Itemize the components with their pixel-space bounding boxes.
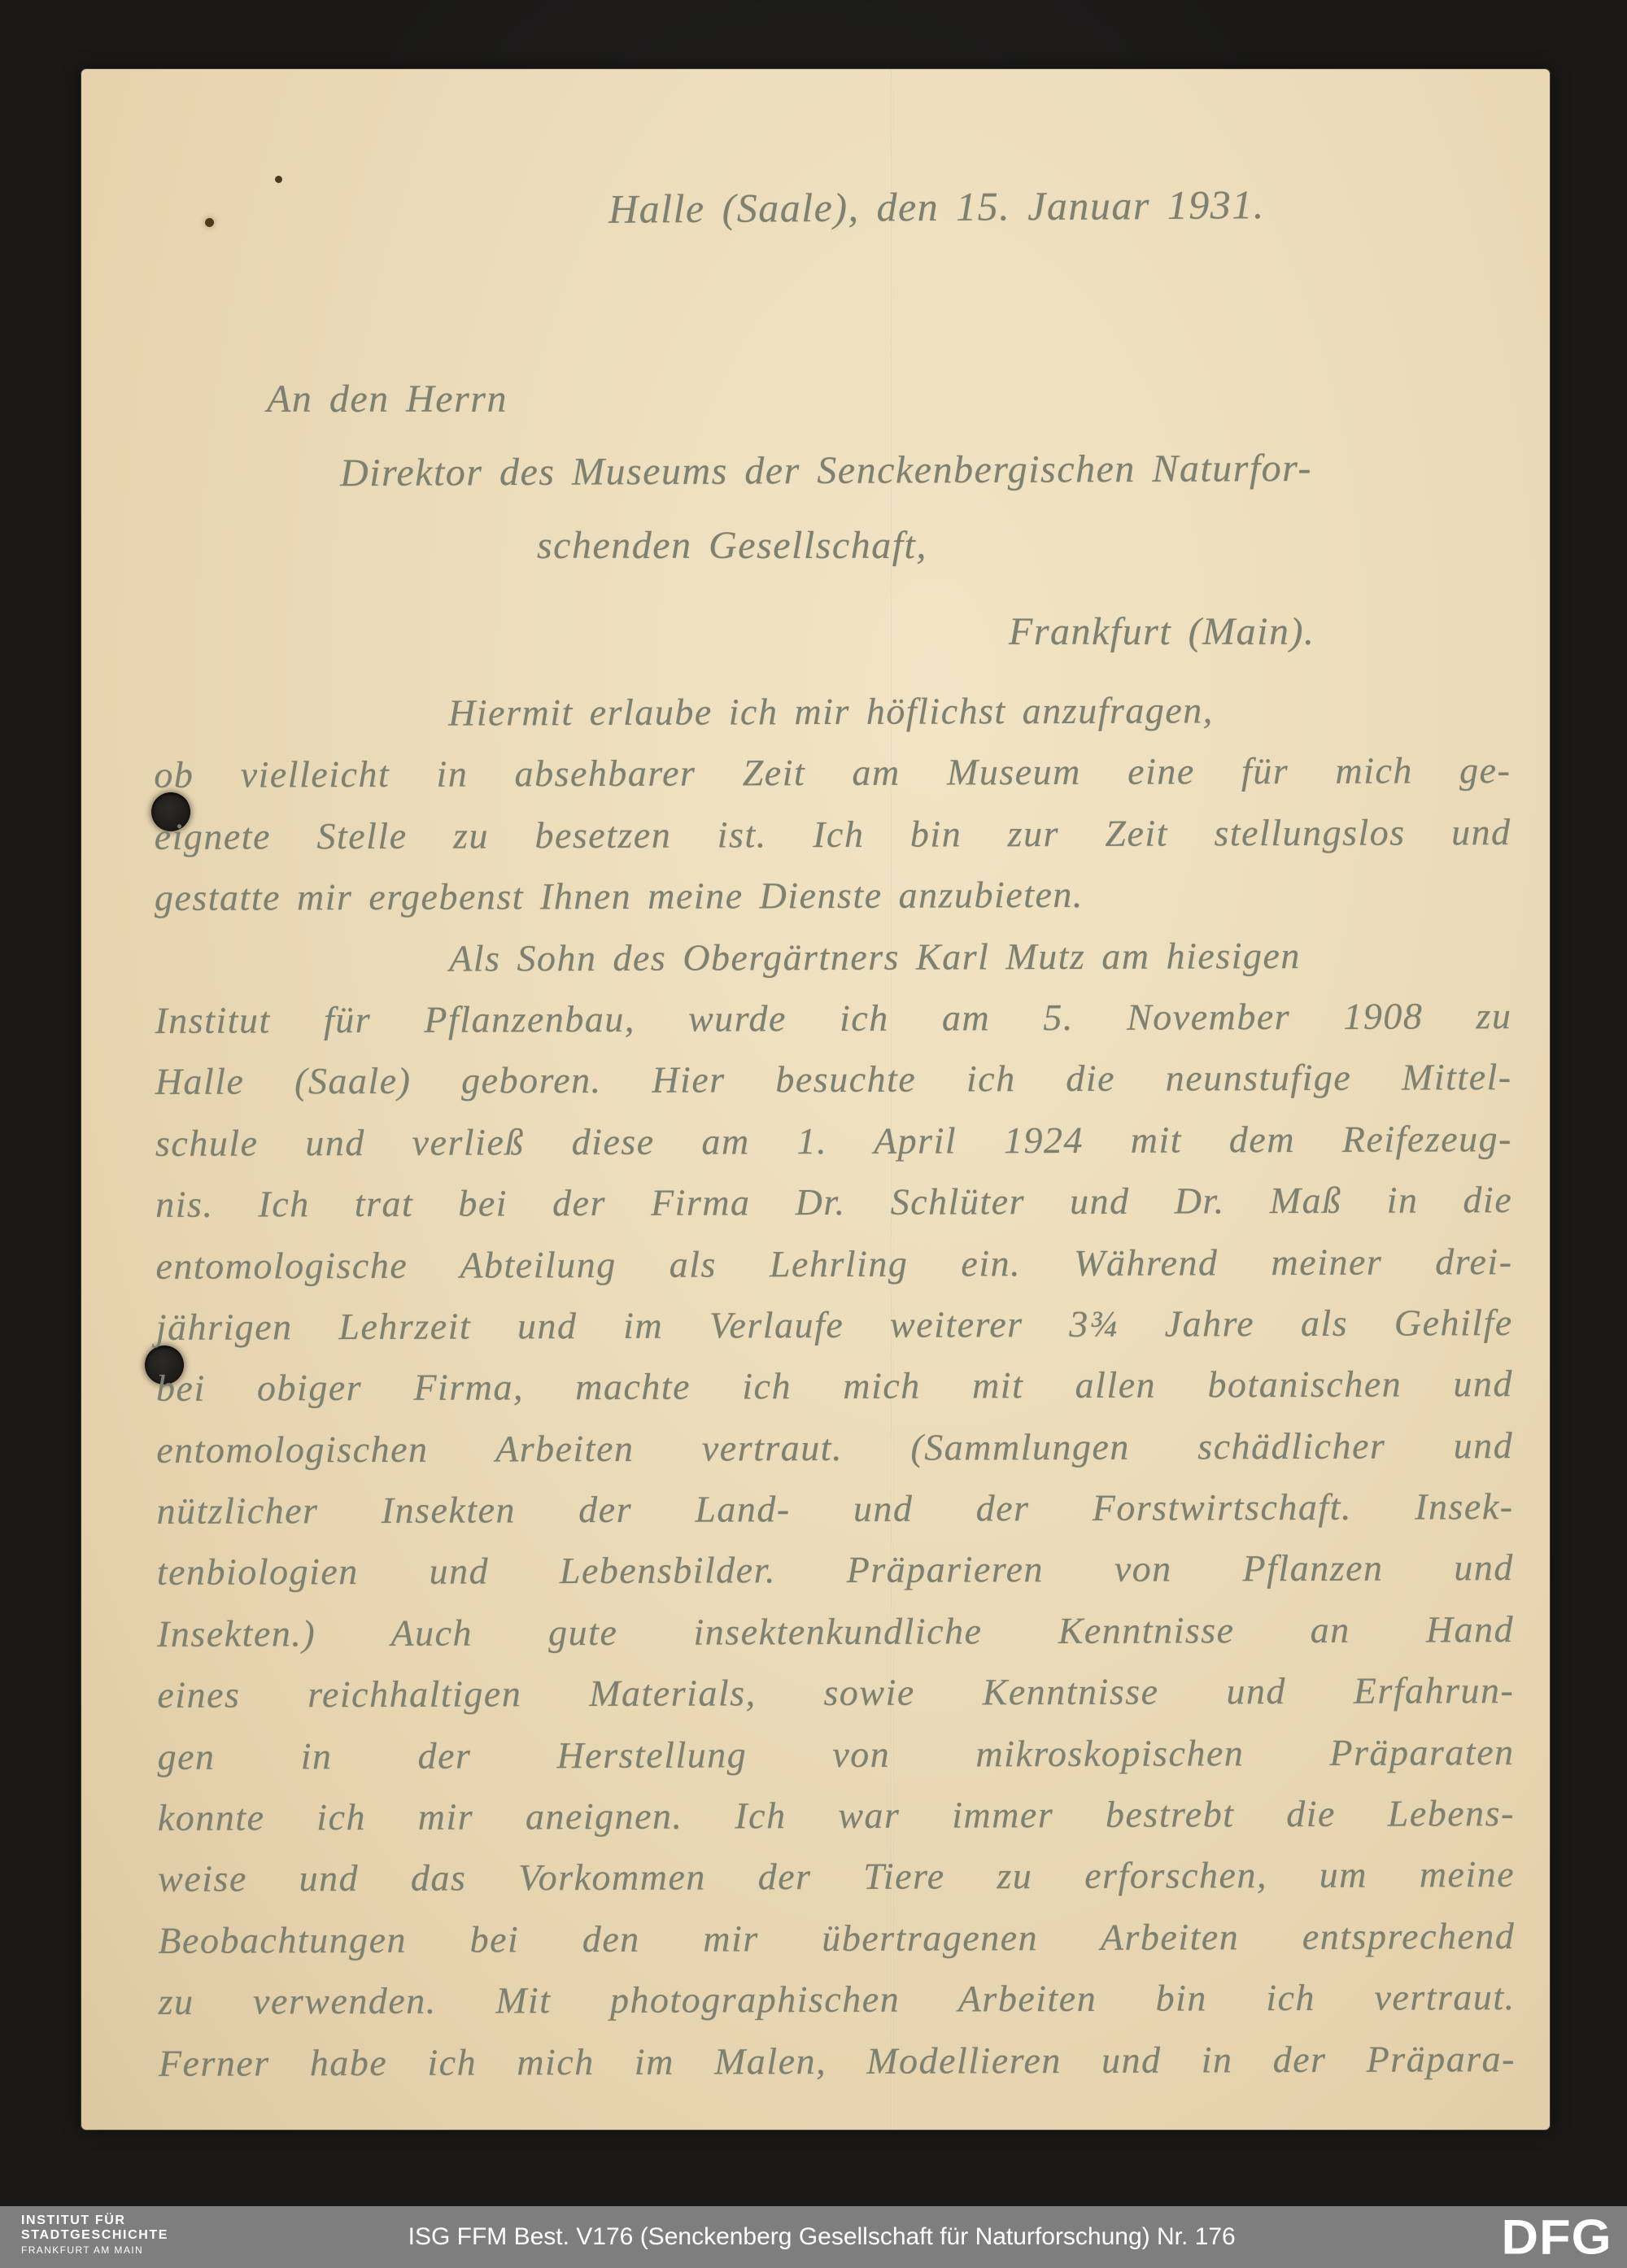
letter-dateline: Halle (Saale), den 15. Januar 1931.: [608, 181, 1265, 233]
handwritten-line: Institut für Pflanzenbau, wurde ich am 5…: [155, 985, 1511, 1051]
handwritten-line: entomologischen Arbeiten vertraut. (Samm…: [156, 1415, 1513, 1481]
handwritten-line: gestatte mir ergebenst Ihnen meine Diens…: [155, 862, 1511, 928]
address-line: schenden Gesellschaft,: [537, 523, 927, 568]
handwritten-line: Beobachtungen bei den mir übertragenen A…: [158, 1905, 1515, 1971]
ink-speck: [205, 218, 214, 227]
handwritten-line: nis. Ich trat bei der Firma Dr. Schlüter…: [155, 1169, 1512, 1235]
handwritten-line: konnte ich mir aneignen. Ich war immer b…: [158, 1782, 1515, 1848]
address-line: Direktor des Museums der Senckenbergisch…: [340, 446, 1312, 495]
letter-paragraph: Als Sohn des Obergärtners Karl Mutz am h…: [155, 924, 1516, 2094]
handwritten-line: bei obiger Firma, machte ich mich mit al…: [156, 1353, 1513, 1419]
footer-bar: INSTITUT FÜR STADTGESCHICHTE FRANKFURT A…: [0, 2206, 1627, 2268]
isg-logo-line: FRANKFURT AM MAIN: [21, 2244, 168, 2257]
address-line: Frankfurt (Main).: [1009, 609, 1315, 654]
handwritten-line: Als Sohn des Obergärtners Karl Mutz am h…: [155, 924, 1511, 990]
handwritten-line: jährigen Lehrzeit und im Verlaufe weiter…: [156, 1292, 1513, 1358]
isg-logo: INSTITUT FÜR STADTGESCHICHTE FRANKFURT A…: [21, 2213, 168, 2257]
ink-speck: [275, 176, 282, 183]
scan-background: Halle (Saale), den 15. Januar 1931. An d…: [0, 0, 1627, 2268]
handwritten-line: Ferner habe ich mich im Malen, Modellier…: [159, 2028, 1516, 2094]
handwritten-line: eines reichhaltigen Materials, sowie Ken…: [157, 1660, 1514, 1725]
handwritten-line: eignete Stelle zu besetzen ist. Ich bin …: [155, 801, 1511, 867]
dfg-logo: DFG: [1502, 2209, 1612, 2266]
handwritten-line: gen in der Herstellung von mikroskopisch…: [157, 1721, 1514, 1787]
handwritten-line: entomologische Abteilung als Lehrling ei…: [155, 1231, 1512, 1297]
handwritten-line: Insekten.) Auch gute insektenkundliche K…: [157, 1599, 1514, 1664]
archive-reference: ISG FFM Best. V176 (Senckenberg Gesellsc…: [408, 2223, 1236, 2251]
isg-logo-line: STADTGESCHICHTE: [21, 2228, 168, 2243]
handwritten-line: tenbiologien und Lebensbilder. Präparier…: [157, 1537, 1514, 1603]
letter-body: Hiermit erlaube ich mir höflichst anzufr…: [154, 678, 1516, 2094]
letter-page: Halle (Saale), den 15. Januar 1931. An d…: [81, 69, 1550, 2130]
handwritten-line: Hiermit erlaube ich mir höflichst anzufr…: [154, 678, 1511, 744]
handwritten-line: weise und das Vorkommen der Tiere zu erf…: [158, 1844, 1515, 1910]
handwritten-line: ob vielleicht in absehbarer Zeit am Muse…: [154, 739, 1511, 805]
handwritten-line: zu verwenden. Mit photographischen Arbei…: [159, 1966, 1516, 2032]
handwritten-line: nützlicher Insekten der Land- und der Fo…: [156, 1476, 1513, 1542]
isg-logo-line: INSTITUT FÜR: [21, 2213, 168, 2228]
handwritten-line: Halle (Saale) geboren. Hier besuchte ich…: [155, 1046, 1512, 1112]
handwritten-line: schule und verließ diese am 1. April 192…: [155, 1108, 1512, 1174]
letter-paragraph: Hiermit erlaube ich mir höflichst anzufr…: [154, 678, 1511, 928]
address-line: An den Herrn: [267, 377, 508, 421]
